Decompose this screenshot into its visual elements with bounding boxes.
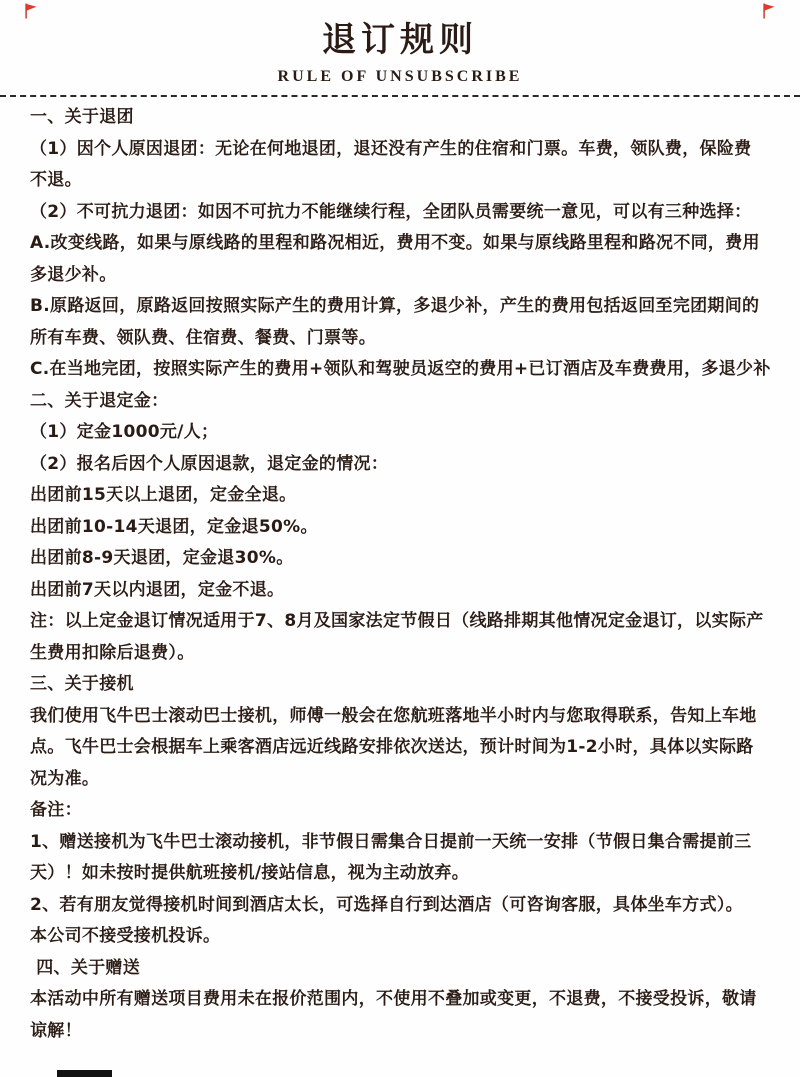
page-subtitle: RULE OF UNSUBSCRIBE (0, 68, 800, 86)
text-line: 天）！如未按时提供航班接机/接站信息，视为主动放弃。 (30, 858, 772, 890)
text-line: 况为准。 (30, 764, 772, 796)
section-heading: 一、关于退团 (30, 102, 772, 134)
text-line: 所有车费、领队费、住宿费、餐费、门票等。 (30, 323, 772, 355)
text-line: 出团前10-14天退团，定金退50%。 (30, 512, 772, 544)
text-line: 我们使用飞牛巴士滚动巴士接机，师傅一般会在您航班落地半小时内与您取得联系，告知上… (30, 701, 772, 733)
text-line: 出团前8-9天退团，定金退30%。 (30, 543, 772, 575)
text-line: A.改变线路，如果与原线路的里程和路况相近，费用不变。如果与原线路里程和路况不同… (30, 228, 772, 260)
red-flag-icon (23, 3, 39, 19)
text-line: 出团前7天以内退团，定金不退。 (30, 575, 772, 607)
section-heading: 四、关于赠送 (30, 953, 772, 985)
text-line: 本公司不接受接机投诉。 (30, 921, 772, 953)
text-line: 谅解！ (30, 1016, 772, 1048)
section-heading: 三、关于接机 (30, 669, 772, 701)
text-line: 注：以上定金退订情况适用于7、8月及国家法定节假日（线路排期其他情况定金退订，以… (30, 606, 772, 638)
text-line: 出团前15天以上退团，定金全退。 (30, 480, 772, 512)
text-line: C.在当地完团，按照实际产生的费用+领队和驾驶员返空的费用+已订酒店及车费费用，… (30, 354, 772, 386)
bottom-edge-bar (57, 1070, 112, 1077)
dashed-divider (0, 95, 800, 97)
text-line: 多退少补。 (30, 260, 772, 292)
red-flag-icon (761, 3, 777, 19)
document-body: 一、关于退团（1）因个人原因退团：无论在何地退团，退还没有产生的住宿和门票。车费… (30, 102, 772, 1047)
text-line: 备注： (30, 795, 772, 827)
text-line: B.原路返回，原路返回按照实际产生的费用计算，多退少补，产生的费用包括返回至完团… (30, 291, 772, 323)
text-line: （1）定金1000元/人； (30, 417, 772, 449)
document-header: 退订规则 RULE OF UNSUBSCRIBE (0, 0, 800, 97)
text-line: 本活动中所有赠送项目费用未在报价范围内，不使用不叠加或变更，不退费，不接受投诉，… (30, 984, 772, 1016)
text-line: （2）不可抗力退团：如因不可抗力不能继续行程，全团队员需要统一意见，可以有三种选… (30, 197, 772, 229)
section-heading: 二、关于退定金： (30, 386, 772, 418)
text-line: 点。飞牛巴士会根据车上乘客酒店远近线路安排依次送达，预计时间为1-2小时，具体以… (30, 732, 772, 764)
page-title: 退订规则 (0, 12, 800, 61)
text-line: 2、若有朋友觉得接机时间到酒店太长，可选择自行到达酒店（可咨询客服，具体坐车方式… (30, 890, 772, 922)
text-line: 1、赠送接机为飞牛巴士滚动接机，非节假日需集合日提前一天统一安排（节假日集合需提… (30, 827, 772, 859)
rules-document-page: 退订规则 RULE OF UNSUBSCRIBE 一、关于退团（1）因个人原因退… (0, 0, 800, 1077)
text-line: （1）因个人原因退团：无论在何地退团，退还没有产生的住宿和门票。车费，领队费，保… (30, 134, 772, 166)
text-line: 不退。 (30, 165, 772, 197)
text-line: 生费用扣除后退费）。 (30, 638, 772, 670)
text-line: （2）报名后因个人原因退款，退定金的情况： (30, 449, 772, 481)
